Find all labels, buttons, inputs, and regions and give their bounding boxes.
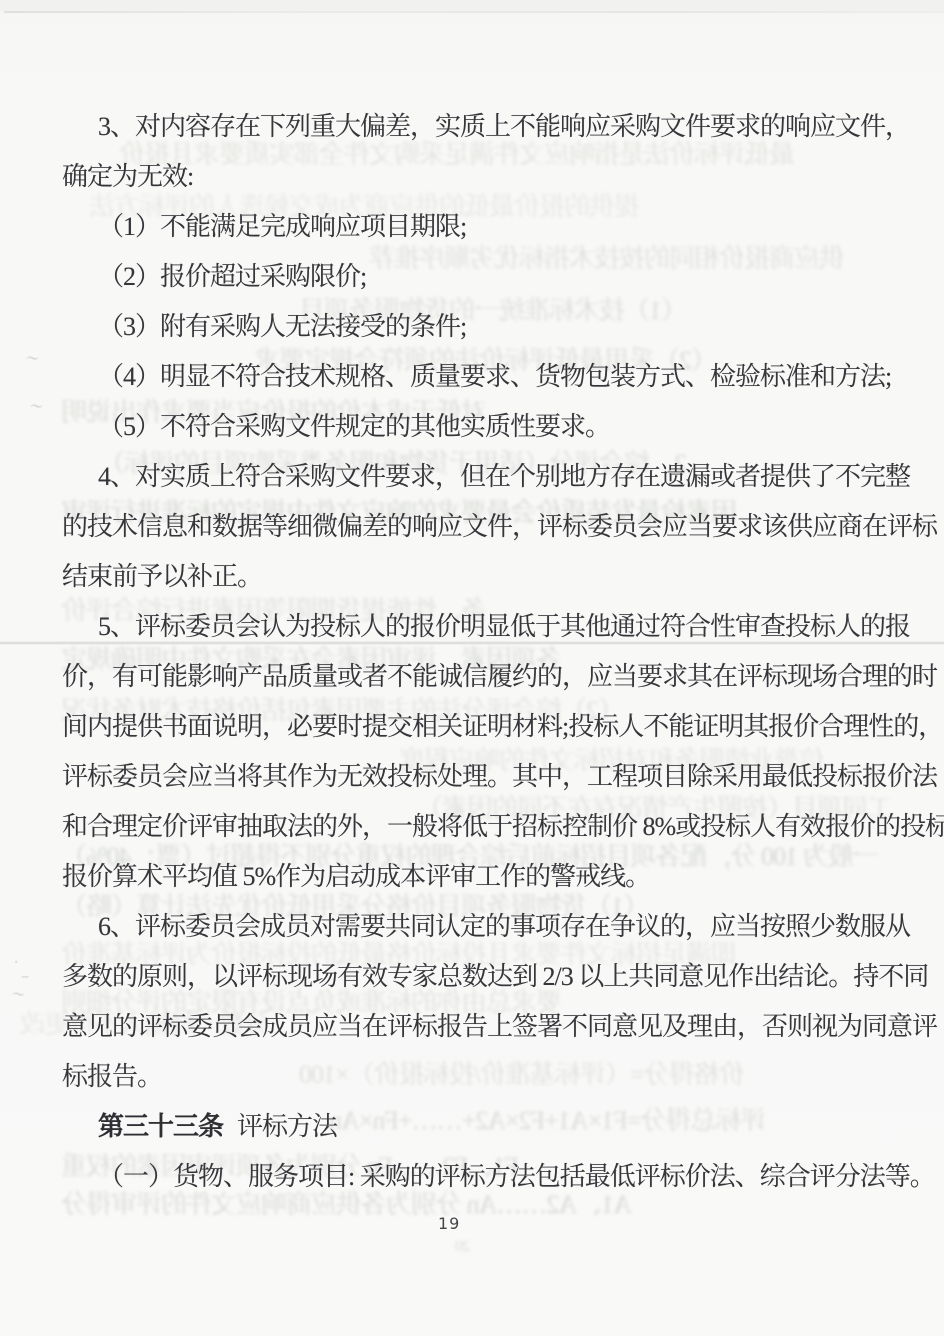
text-line: 价，有可能影响产品质量或者不能诚信履约的，应当要求其在评标现场合理的时	[62, 652, 892, 702]
text-line: 6、评标委员会成员对需要共同认定的事项存在争议的，应当按照少数服从	[62, 902, 892, 952]
text-line: 和合理定价评审抽取法的外，一般将低于招标控制价 8%或投标人有效报价的投标	[62, 802, 892, 852]
text-line: 的技术信息和数据等细微偏差的响应文件，评标委员会应当要求该供应商在评标	[62, 502, 892, 552]
article-title: 评标方法	[237, 1112, 337, 1141]
text-line: 标报告。	[62, 1052, 892, 1102]
text-line: 评标委员会应当将其作为无效投标处理。其中，工程项目除采用最低投标报价法	[62, 752, 892, 802]
text-line: 多数的原则，以评标现场有效专家总数达到 2/3 以上共同意见作出结论。持不同	[62, 952, 892, 1002]
text-line: （一）货物、服务项目: 采购的评标方法包括最低评标价法、综合评分法等。	[62, 1152, 892, 1202]
text-line: （5）不符合采购文件规定的其他实质性要求。	[62, 402, 892, 452]
text-line: 4、对实质上符合采购文件要求，但在个别地方存在遗漏或者提供了不完整	[62, 452, 892, 502]
text-line: 5、评标委员会认为投标人的报价明显低于其他通过符合性审查投标人的报	[62, 602, 892, 652]
body-text-block: 3、对内容存在下列重大偏差，实质上不能响应采购文件要求的响应文件，确定为无效:（…	[62, 102, 892, 1202]
text-line: （1）不能满足完成响应项目期限;	[62, 202, 892, 252]
text-line: （4）明显不符合技术规格、质量要求、货物包装方式、检验标准和方法;	[62, 352, 892, 402]
text-line: 3、对内容存在下列重大偏差，实质上不能响应采购文件要求的响应文件，	[62, 102, 892, 152]
article-heading-line: 第三十三条评标方法	[62, 1102, 892, 1152]
text-line: （3）附有采购人无法接受的条件;	[62, 302, 892, 352]
margin-mark: 〜	[30, 396, 43, 415]
margin-mark: 〜	[12, 984, 25, 1003]
text-line: 结束前予以补正。	[62, 552, 892, 602]
text-line: 间内提供书面说明，必要时提交相关证明材料;投标人不能证明其报价合理性的，	[62, 702, 892, 752]
margin-mark: 〜	[26, 348, 39, 367]
document-page: 最低评标价法是指响应文件满足采购文件全部实质要求且报价提供的报价最低的供应商为成…	[0, 0, 944, 1336]
bleedthrough-line: 20	[456, 1238, 470, 1256]
text-line: 确定为无效:	[62, 152, 892, 202]
page-number: 19	[438, 1214, 460, 1233]
margin-mark: ·	[14, 954, 18, 970]
margin-mark: –	[22, 968, 29, 984]
text-line: （2）报价超过采购限价;	[62, 252, 892, 302]
text-line: 意见的评标委员会成员应当在评标报告上签署不同意见及理由，否则视为同意评	[62, 1002, 892, 1052]
text-line: 报价算术平均值 5%作为启动成本评审工作的警戒线。	[62, 852, 892, 902]
article-number: 第三十三条	[98, 1112, 223, 1141]
